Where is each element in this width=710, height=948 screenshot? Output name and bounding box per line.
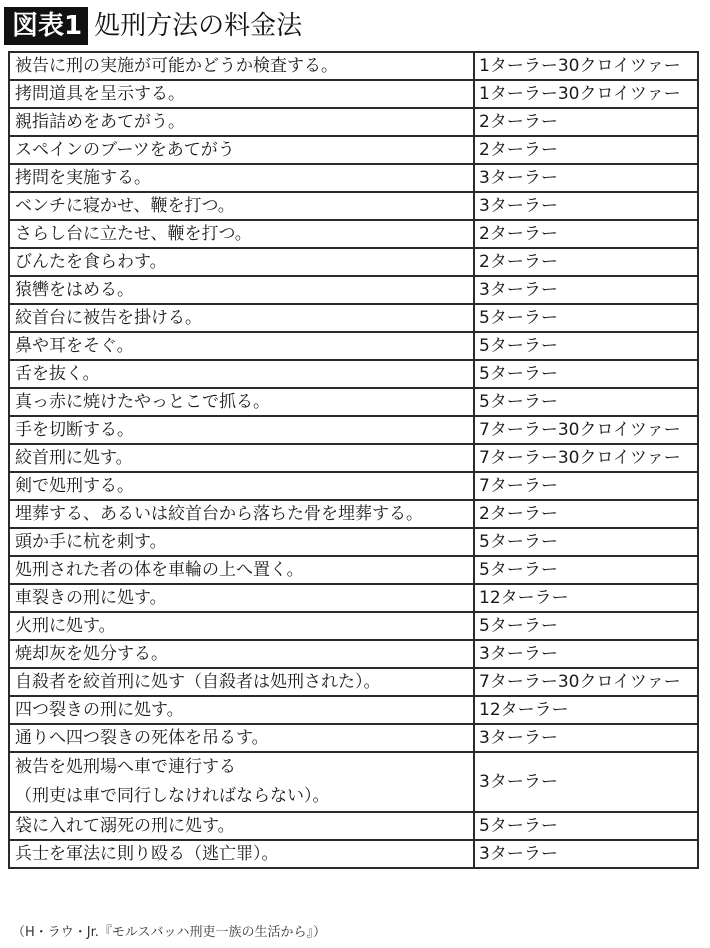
action-text: 剣で処刑する。: [15, 476, 134, 496]
action-cell: スペインのブーツをあてがう: [9, 136, 474, 164]
fee-cell: 12ターラー: [474, 584, 698, 612]
fee-cell: 5ターラー: [474, 360, 698, 388]
action-cell: 自殺者を絞首刑に処す（自殺者は処刑された）。: [9, 668, 474, 696]
figure-title-text: 処刑方法の料金法: [94, 7, 302, 45]
action-text: 兵士を軍法に則り殴る（逃亡罪）。: [15, 844, 279, 864]
action-cell: さらし台に立たせ、鞭を打つ。: [9, 220, 474, 248]
fee-cell: 1ターラー30クロイツァー: [474, 52, 698, 80]
action-cell: 処刑された者の体を車輪の上へ置く。: [9, 556, 474, 584]
table-row: 拷問を実施する。3ターラー: [9, 164, 698, 192]
fee-cell: 3ターラー: [474, 192, 698, 220]
figure-number-badge: 図表1: [4, 7, 88, 45]
table-row: 車裂きの刑に処す。12ターラー: [9, 584, 698, 612]
action-text: 猿轡をはめる。: [15, 280, 134, 300]
table-row: 剣で処刑する。7ターラー: [9, 472, 698, 500]
execution-fee-table: 被告に刑の実施が可能かどうか検査する。1ターラー30クロイツァー拷問道具を呈示す…: [8, 51, 699, 869]
table-row: 被告に刑の実施が可能かどうか検査する。1ターラー30クロイツァー: [9, 52, 698, 80]
fee-cell: 5ターラー: [474, 612, 698, 640]
action-cell: 焼却灰を処分する。: [9, 640, 474, 668]
action-text: 手を切断する。: [15, 420, 134, 440]
table-row: 鼻や耳をそぐ。5ターラー: [9, 332, 698, 360]
action-text: 鼻や耳をそぐ。: [15, 336, 134, 356]
fee-cell: 7ターラー30クロイツァー: [474, 444, 698, 472]
table-row: 親指詰めをあてがう。2ターラー: [9, 108, 698, 136]
fee-cell: 3ターラー: [474, 724, 698, 752]
action-cell: 絞首刑に処す。: [9, 444, 474, 472]
action-cell: びんたを食らわす。: [9, 248, 474, 276]
action-cell: 埋葬する、あるいは絞首台から落ちた骨を埋葬する。: [9, 500, 474, 528]
fee-cell: 5ターラー: [474, 556, 698, 584]
action-text: （刑吏は車で同行しなければならない）。: [15, 782, 473, 811]
fee-cell: 3ターラー: [474, 752, 698, 812]
action-text: 火刑に処す。: [15, 616, 116, 636]
table-row: 袋に入れて溺死の刑に処す。5ターラー: [9, 812, 698, 840]
action-cell: 剣で処刑する。: [9, 472, 474, 500]
action-cell: 車裂きの刑に処す。: [9, 584, 474, 612]
table-row: 舌を抜く。5ターラー: [9, 360, 698, 388]
action-cell: 兵士を軍法に則り殴る（逃亡罪）。: [9, 840, 474, 868]
action-cell: 絞首台に被告を掛ける。: [9, 304, 474, 332]
action-cell: 親指詰めをあてがう。: [9, 108, 474, 136]
action-cell: 真っ赤に焼けたやっとこで抓る。: [9, 388, 474, 416]
action-cell: 手を切断する。: [9, 416, 474, 444]
fee-cell: 5ターラー: [474, 812, 698, 840]
fee-cell: 1ターラー30クロイツァー: [474, 80, 698, 108]
fee-cell: 2ターラー: [474, 500, 698, 528]
fee-cell: 2ターラー: [474, 220, 698, 248]
action-text: 親指詰めをあてがう。: [15, 112, 185, 132]
table-row: 被告を処刑場へ車で連行する（刑吏は車で同行しなければならない）。3ターラー: [9, 752, 698, 812]
table-row: 自殺者を絞首刑に処す（自殺者は処刑された）。7ターラー30クロイツァー: [9, 668, 698, 696]
action-text: 自殺者を絞首刑に処す（自殺者は処刑された）。: [15, 672, 381, 692]
action-cell: 袋に入れて溺死の刑に処す。: [9, 812, 474, 840]
table-row: ベンチに寝かせ、鞭を打つ。3ターラー: [9, 192, 698, 220]
action-text: 車裂きの刑に処す。: [15, 588, 167, 608]
fee-cell: 3ターラー: [474, 840, 698, 868]
action-text: スペインのブーツをあてがう: [15, 140, 235, 160]
fee-cell: 3ターラー: [474, 276, 698, 304]
table-row: 絞首刑に処す。7ターラー30クロイツァー: [9, 444, 698, 472]
table-row: びんたを食らわす。2ターラー: [9, 248, 698, 276]
table-row: 頭か手に杭を刺す。5ターラー: [9, 528, 698, 556]
action-cell: 拷問道具を呈示する。: [9, 80, 474, 108]
table-row: 四つ裂きの刑に処す。12ターラー: [9, 696, 698, 724]
action-cell: 被告に刑の実施が可能かどうか検査する。: [9, 52, 474, 80]
figure-title: 図表1 処刑方法の料金法: [4, 7, 302, 45]
action-cell: 頭か手に杭を刺す。: [9, 528, 474, 556]
fee-cell: 3ターラー: [474, 640, 698, 668]
action-cell: 鼻や耳をそぐ。: [9, 332, 474, 360]
table-row: 火刑に処す。5ターラー: [9, 612, 698, 640]
table-row: 処刑された者の体を車輪の上へ置く。5ターラー: [9, 556, 698, 584]
table-row: 拷問道具を呈示する。1ターラー30クロイツァー: [9, 80, 698, 108]
fee-cell: 2ターラー: [474, 248, 698, 276]
fee-cell: 7ターラー30クロイツァー: [474, 416, 698, 444]
fee-cell: 3ターラー: [474, 164, 698, 192]
fee-cell: 2ターラー: [474, 108, 698, 136]
table-row: 通りへ四つ裂きの死体を吊るす。3ターラー: [9, 724, 698, 752]
action-cell: 被告を処刑場へ車で連行する（刑吏は車で同行しなければならない）。: [9, 752, 474, 812]
source-footnote: （H・ラウ・Jr.『モルスバッハ刑吏一族の生活から』）: [12, 921, 326, 940]
table-row: 絞首台に被告を掛ける。5ターラー: [9, 304, 698, 332]
table-row: 兵士を軍法に則り殴る（逃亡罪）。3ターラー: [9, 840, 698, 868]
action-cell: 舌を抜く。: [9, 360, 474, 388]
action-text: さらし台に立たせ、鞭を打つ。: [15, 224, 252, 244]
action-text: 頭か手に杭を刺す。: [15, 532, 167, 552]
fee-cell: 5ターラー: [474, 332, 698, 360]
action-text: 拷問を実施する。: [15, 168, 151, 188]
fee-cell: 7ターラー: [474, 472, 698, 500]
action-text: びんたを食らわす。: [15, 252, 167, 272]
action-text: 通りへ四つ裂きの死体を吊るす。: [15, 728, 269, 748]
action-cell: 四つ裂きの刑に処す。: [9, 696, 474, 724]
action-text: 埋葬する、あるいは絞首台から落ちた骨を埋葬する。: [15, 504, 423, 524]
action-cell: 火刑に処す。: [9, 612, 474, 640]
action-text: 被告に刑の実施が可能かどうか検査する。: [15, 56, 338, 76]
table-row: 猿轡をはめる。3ターラー: [9, 276, 698, 304]
table-row: さらし台に立たせ、鞭を打つ。2ターラー: [9, 220, 698, 248]
action-text: 絞首台に被告を掛ける。: [15, 308, 202, 328]
action-text: 真っ赤に焼けたやっとこで抓る。: [15, 392, 270, 412]
table-row: 手を切断する。7ターラー30クロイツァー: [9, 416, 698, 444]
action-cell: 通りへ四つ裂きの死体を吊るす。: [9, 724, 474, 752]
action-text: 被告を処刑場へ車で連行する: [15, 753, 473, 782]
fee-cell: 2ターラー: [474, 136, 698, 164]
action-text: 四つ裂きの刑に処す。: [15, 700, 184, 720]
action-text: 絞首刑に処す。: [15, 448, 133, 468]
action-cell: 拷問を実施する。: [9, 164, 474, 192]
table-row: 真っ赤に焼けたやっとこで抓る。5ターラー: [9, 388, 698, 416]
action-cell: 猿轡をはめる。: [9, 276, 474, 304]
action-text: 袋に入れて溺死の刑に処す。: [15, 816, 235, 836]
action-cell: ベンチに寝かせ、鞭を打つ。: [9, 192, 474, 220]
table-row: スペインのブーツをあてがう2ターラー: [9, 136, 698, 164]
action-text: 焼却灰を処分する。: [15, 644, 168, 664]
fee-cell: 7ターラー30クロイツァー: [474, 668, 698, 696]
action-text: 拷問道具を呈示する。: [15, 84, 185, 104]
fee-cell: 5ターラー: [474, 304, 698, 332]
action-text: 処刑された者の体を車輪の上へ置く。: [15, 560, 304, 580]
action-text: ベンチに寝かせ、鞭を打つ。: [15, 196, 235, 216]
fee-table-body: 被告に刑の実施が可能かどうか検査する。1ターラー30クロイツァー拷問道具を呈示す…: [9, 52, 698, 868]
table-row: 焼却灰を処分する。3ターラー: [9, 640, 698, 668]
table-row: 埋葬する、あるいは絞首台から落ちた骨を埋葬する。2ターラー: [9, 500, 698, 528]
fee-cell: 5ターラー: [474, 528, 698, 556]
fee-cell: 5ターラー: [474, 388, 698, 416]
action-text: 舌を抜く。: [15, 364, 100, 384]
fee-cell: 12ターラー: [474, 696, 698, 724]
